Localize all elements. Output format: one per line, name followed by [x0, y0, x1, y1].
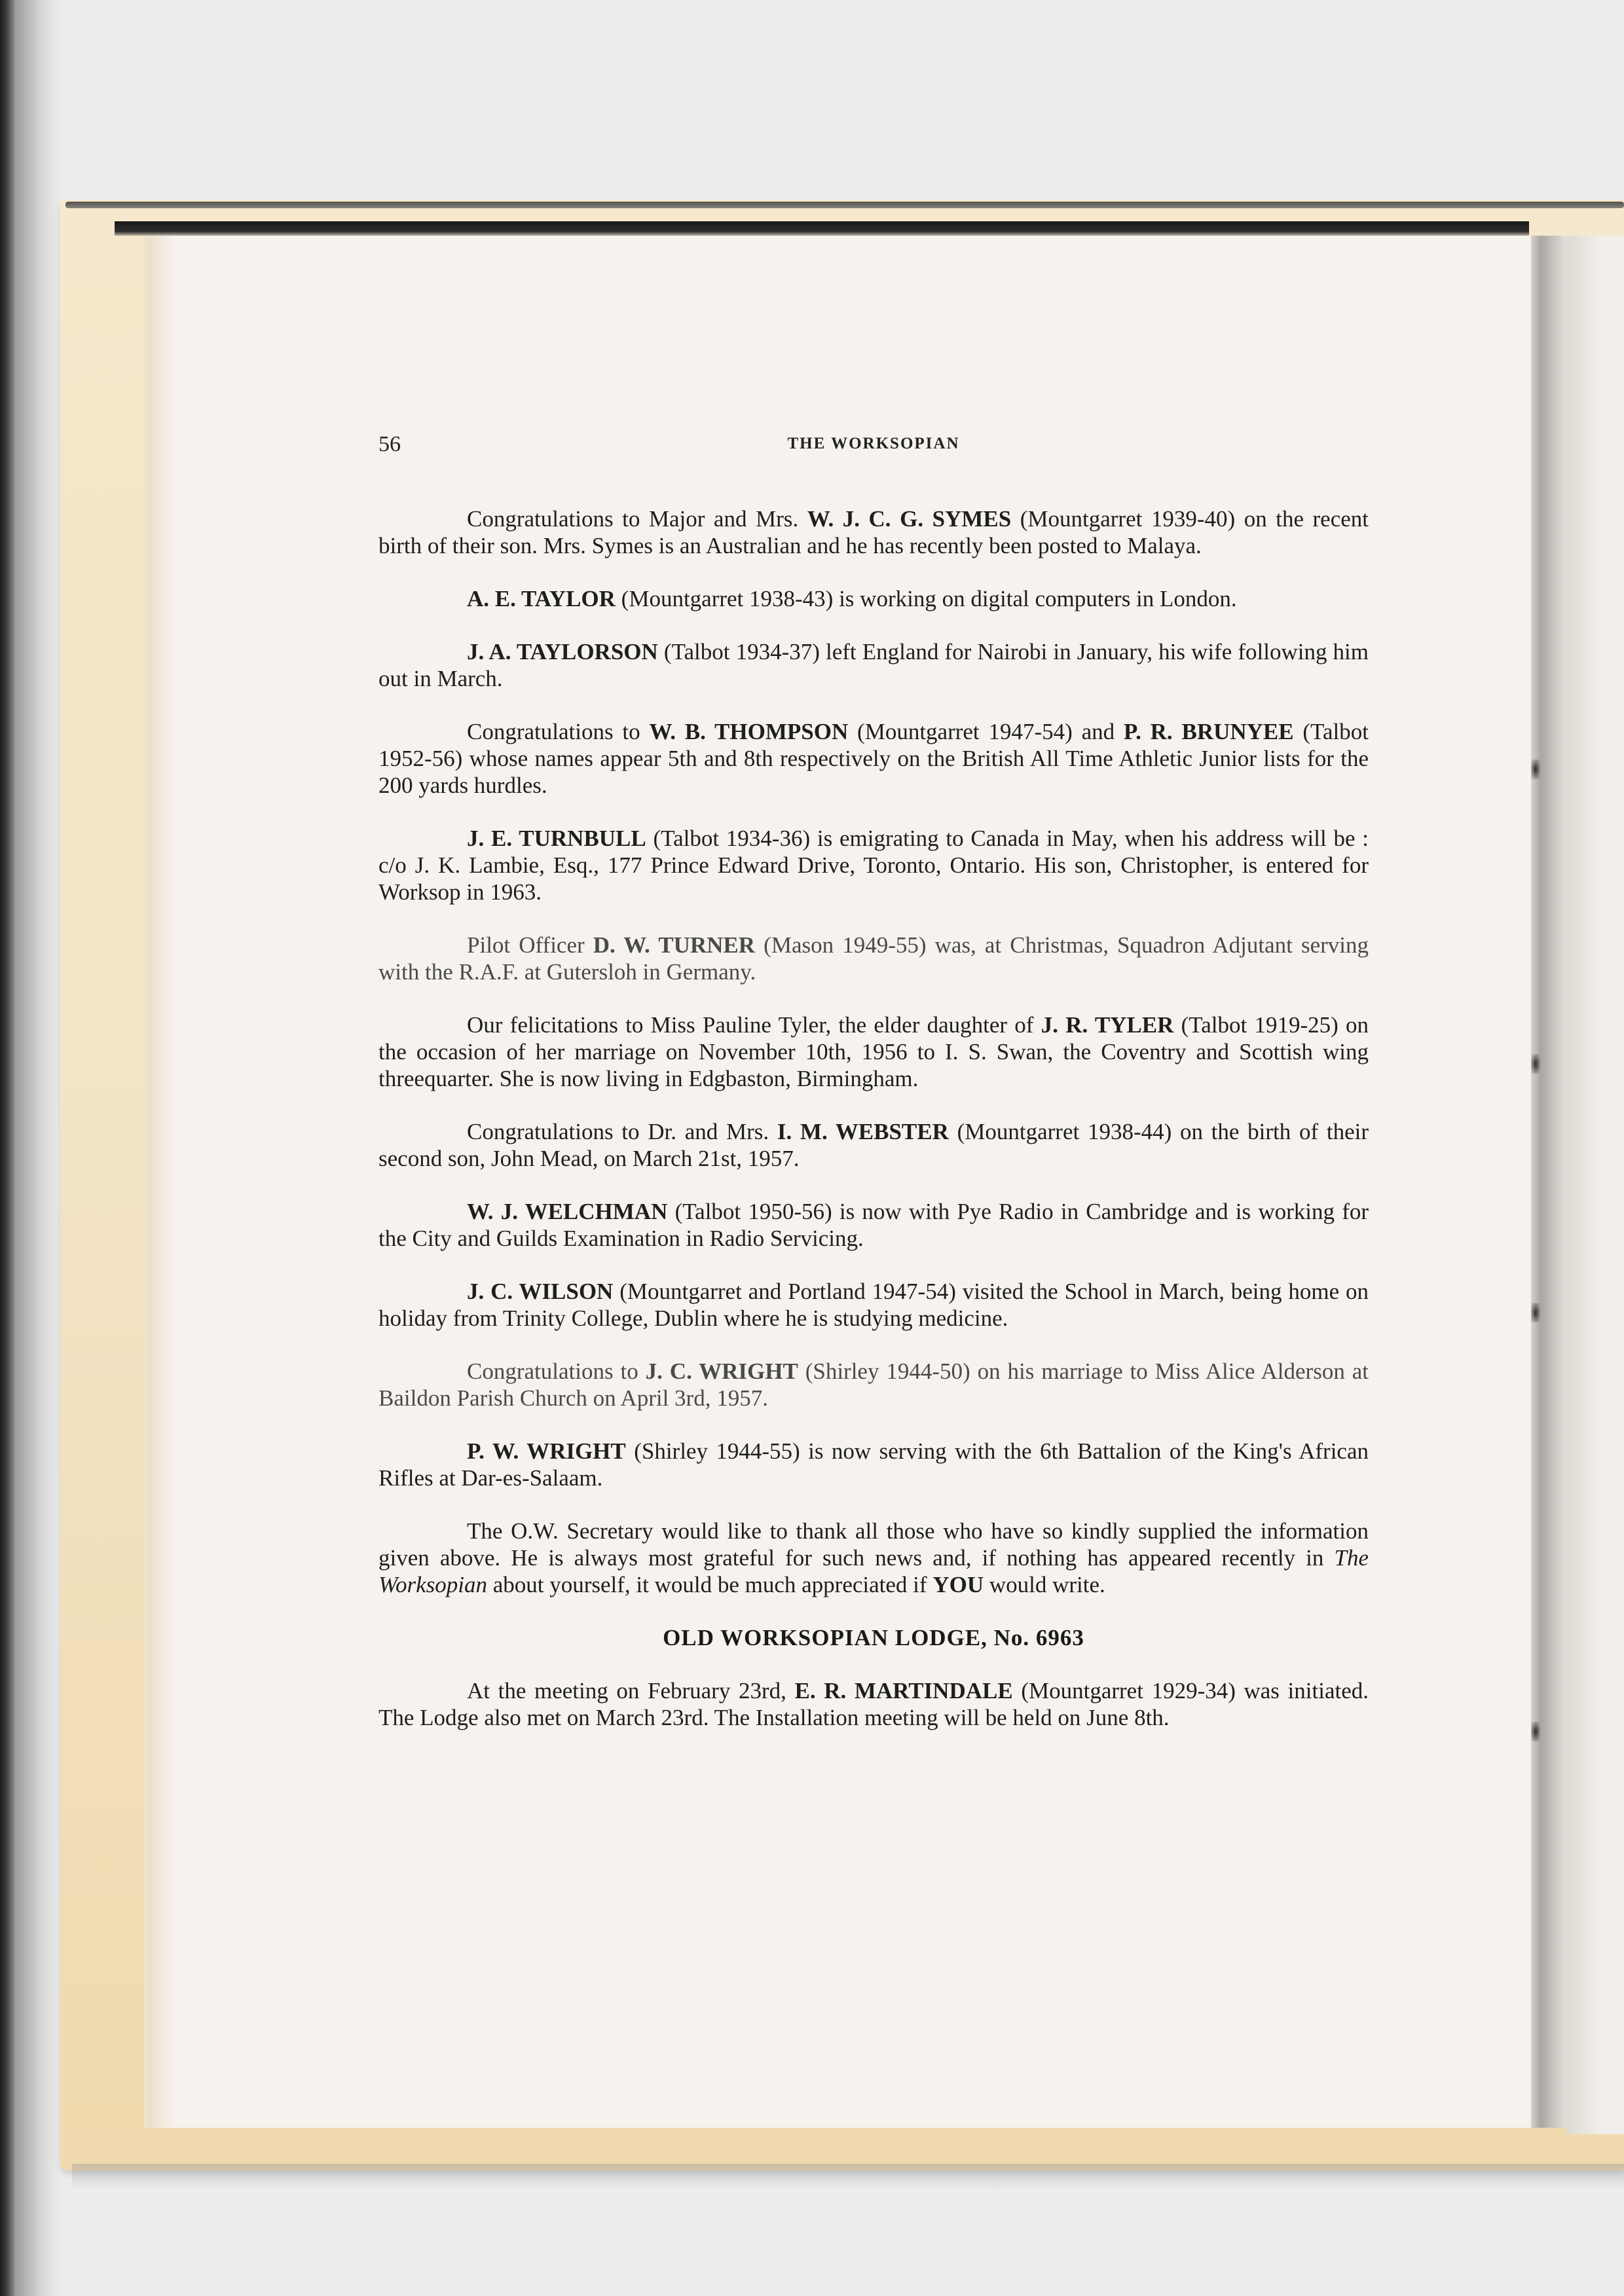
person-name: D. W. TURNER [593, 932, 755, 958]
person-name: J. E. TURNBULL [467, 826, 646, 851]
news-entry-taylor: A. E. TAYLOR (Mountgarret 1938-43) is wo… [378, 585, 1369, 612]
news-entry-thompson-brunyee: Congratulations to W. B. THOMPSON (Mount… [378, 718, 1369, 799]
closing-note: The O.W. Secretary would like to thank a… [378, 1518, 1369, 1598]
news-entry-taylorson: J. A. TAYLORSON (Talbot 1934-37) left En… [378, 638, 1369, 692]
news-entry-pw-wright: P. W. WRIGHT (Shirley 1944-55) is now se… [378, 1438, 1369, 1491]
person-name: J. R. TYLER [1041, 1012, 1174, 1038]
news-entry-turner: Pilot Officer D. W. TURNER (Mason 1949-5… [378, 932, 1369, 985]
page-block-edge [115, 221, 1529, 236]
news-entry-welchman: W. J. WELCHMAN (Talbot 1950-56) is now w… [378, 1198, 1369, 1252]
page-header: 56 THE WORKSOPIAN [378, 432, 1369, 458]
page-content: Congratulations to Major and Mrs. W. J. … [378, 505, 1369, 1757]
news-entry-wilson: J. C. WILSON (Mountgarret and Portland 1… [378, 1278, 1369, 1332]
person-name: W. B. THOMPSON [649, 719, 848, 744]
emphasis: YOU [932, 1572, 984, 1597]
page-edge-shade [148, 236, 174, 2128]
news-entry-tyler: Our felicitations to Miss Pauline Tyler,… [378, 1011, 1369, 1092]
person-name: P. R. BRUNYEE [1124, 719, 1294, 744]
person-name: J. A. TAYLORSON [467, 639, 658, 665]
bottom-edge-shadow [72, 2164, 1624, 2190]
person-name: I. M. WEBSTER [777, 1119, 949, 1144]
book-gutter [1527, 236, 1566, 2128]
binding-mark [1531, 1054, 1540, 1074]
binding-mark [1531, 1303, 1540, 1322]
person-name: W. J. C. G. SYMES [807, 506, 1012, 532]
lodge-entry: At the meeting on February 23rd, E. R. M… [378, 1677, 1369, 1731]
news-entry-turnbull: J. E. TURNBULL (Talbot 1934-36) is emigr… [378, 825, 1369, 905]
section-heading-lodge: OLD WORKSOPIAN LODGE, No. 6963 [378, 1624, 1369, 1651]
cover-top-edge [65, 202, 1624, 208]
person-name: J. C. WRIGHT [646, 1358, 798, 1384]
person-name: W. J. WELCHMAN [467, 1199, 667, 1224]
facing-page-edge [1566, 236, 1624, 2134]
person-name: E. R. MARTINDALE [795, 1678, 1013, 1704]
scanner-shadow [14, 0, 60, 2296]
person-name: P. W. WRIGHT [467, 1438, 626, 1464]
news-entry-webster: Congratulations to Dr. and Mrs. I. M. WE… [378, 1118, 1369, 1172]
person-name: J. C. WILSON [467, 1279, 613, 1304]
news-entry-jc-wright: Congratulations to J. C. WRIGHT (Shirley… [378, 1358, 1369, 1412]
person-name: A. E. TAYLOR [467, 586, 616, 611]
binding-mark [1531, 1722, 1540, 1741]
scanner-edge-strip [0, 0, 14, 2296]
binding-mark [1531, 759, 1540, 779]
running-title: THE WORKSOPIAN [378, 435, 1369, 453]
news-entry-symes: Congratulations to Major and Mrs. W. J. … [378, 505, 1369, 559]
